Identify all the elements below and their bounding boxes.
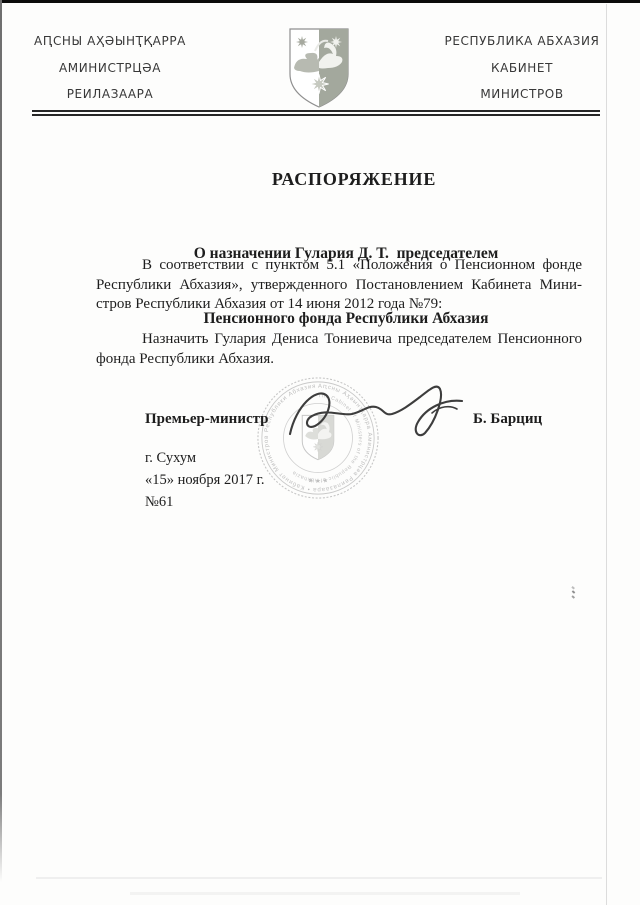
paragraph-line: Назначить Гулария Дениса Тониевича предс… <box>96 330 582 350</box>
document-footer: г. Сухум «15» ноября 2017 г. №61 <box>145 447 265 513</box>
footer-number: №61 <box>145 491 265 513</box>
scan-top-edge <box>0 0 640 3</box>
signatory-name: Б. Барциц <box>473 411 542 428</box>
body-paragraph-appointment: Назначить Гулария Дениса Тониевича предс… <box>96 330 582 369</box>
scanned-document-page: АԤСНЫ АҲӘЫНҬҚАРРА АМИНИСТРЦӘА РЕИЛАЗААРА… <box>0 0 640 905</box>
handwritten-signature <box>282 372 477 457</box>
letterhead-abkhaz: АԤСНЫ АҲӘЫНҬҚАРРА АМИНИСТРЦӘА РЕИЛАЗААРА <box>10 28 210 108</box>
org-line: МИНИСТРОВ <box>415 81 629 108</box>
org-line: КАБИНЕТ <box>415 55 629 82</box>
letterhead-divider-line <box>32 114 600 116</box>
footer-city: г. Сухум <box>145 447 265 469</box>
seal-bottom-stars: ★ ★ ★ <box>307 476 329 485</box>
signatory-post: Премьер-министр <box>145 411 269 428</box>
document-type-title: РАСПОРЯЖЕНИЕ <box>111 169 597 190</box>
star-bottom <box>309 74 328 93</box>
org-line: РЕИЛАЗААРА <box>10 81 210 108</box>
org-line: АԤСНЫ АҲӘЫНҬҚАРРА <box>10 28 210 55</box>
paragraph-line: фонда Республики Абхазия. <box>96 350 582 370</box>
scan-speck <box>572 590 576 593</box>
scan-left-edge <box>0 0 2 882</box>
paragraph-line: Республики Абхазия», утвержденного Поста… <box>96 276 582 296</box>
scan-right-edge <box>606 4 607 905</box>
paragraph-line: стров Республики Абхазия от 14 июня 2012… <box>96 295 582 315</box>
org-line: РЕСПУБЛИКА АБХАЗИЯ <box>415 28 629 55</box>
svg-text:★ ★ ★: ★ ★ ★ <box>307 476 329 485</box>
scan-streak <box>36 877 602 879</box>
letterhead-divider-line <box>32 110 600 112</box>
abkhazia-coat-of-arms <box>286 26 352 110</box>
letterhead-russian: РЕСПУБЛИКА АБХАЗИЯ КАБИНЕТ МИНИСТРОВ <box>415 28 629 108</box>
paragraph-line: В соответствии с пунктом 5.1 «Положения … <box>96 256 582 276</box>
body-paragraph-legal-basis: В соответствии с пунктом 5.1 «Положения … <box>96 256 582 315</box>
scan-streak <box>130 892 520 895</box>
org-line: АМИНИСТРЦӘА <box>10 55 210 82</box>
footer-date: «15» ноября 2017 г. <box>145 469 265 491</box>
